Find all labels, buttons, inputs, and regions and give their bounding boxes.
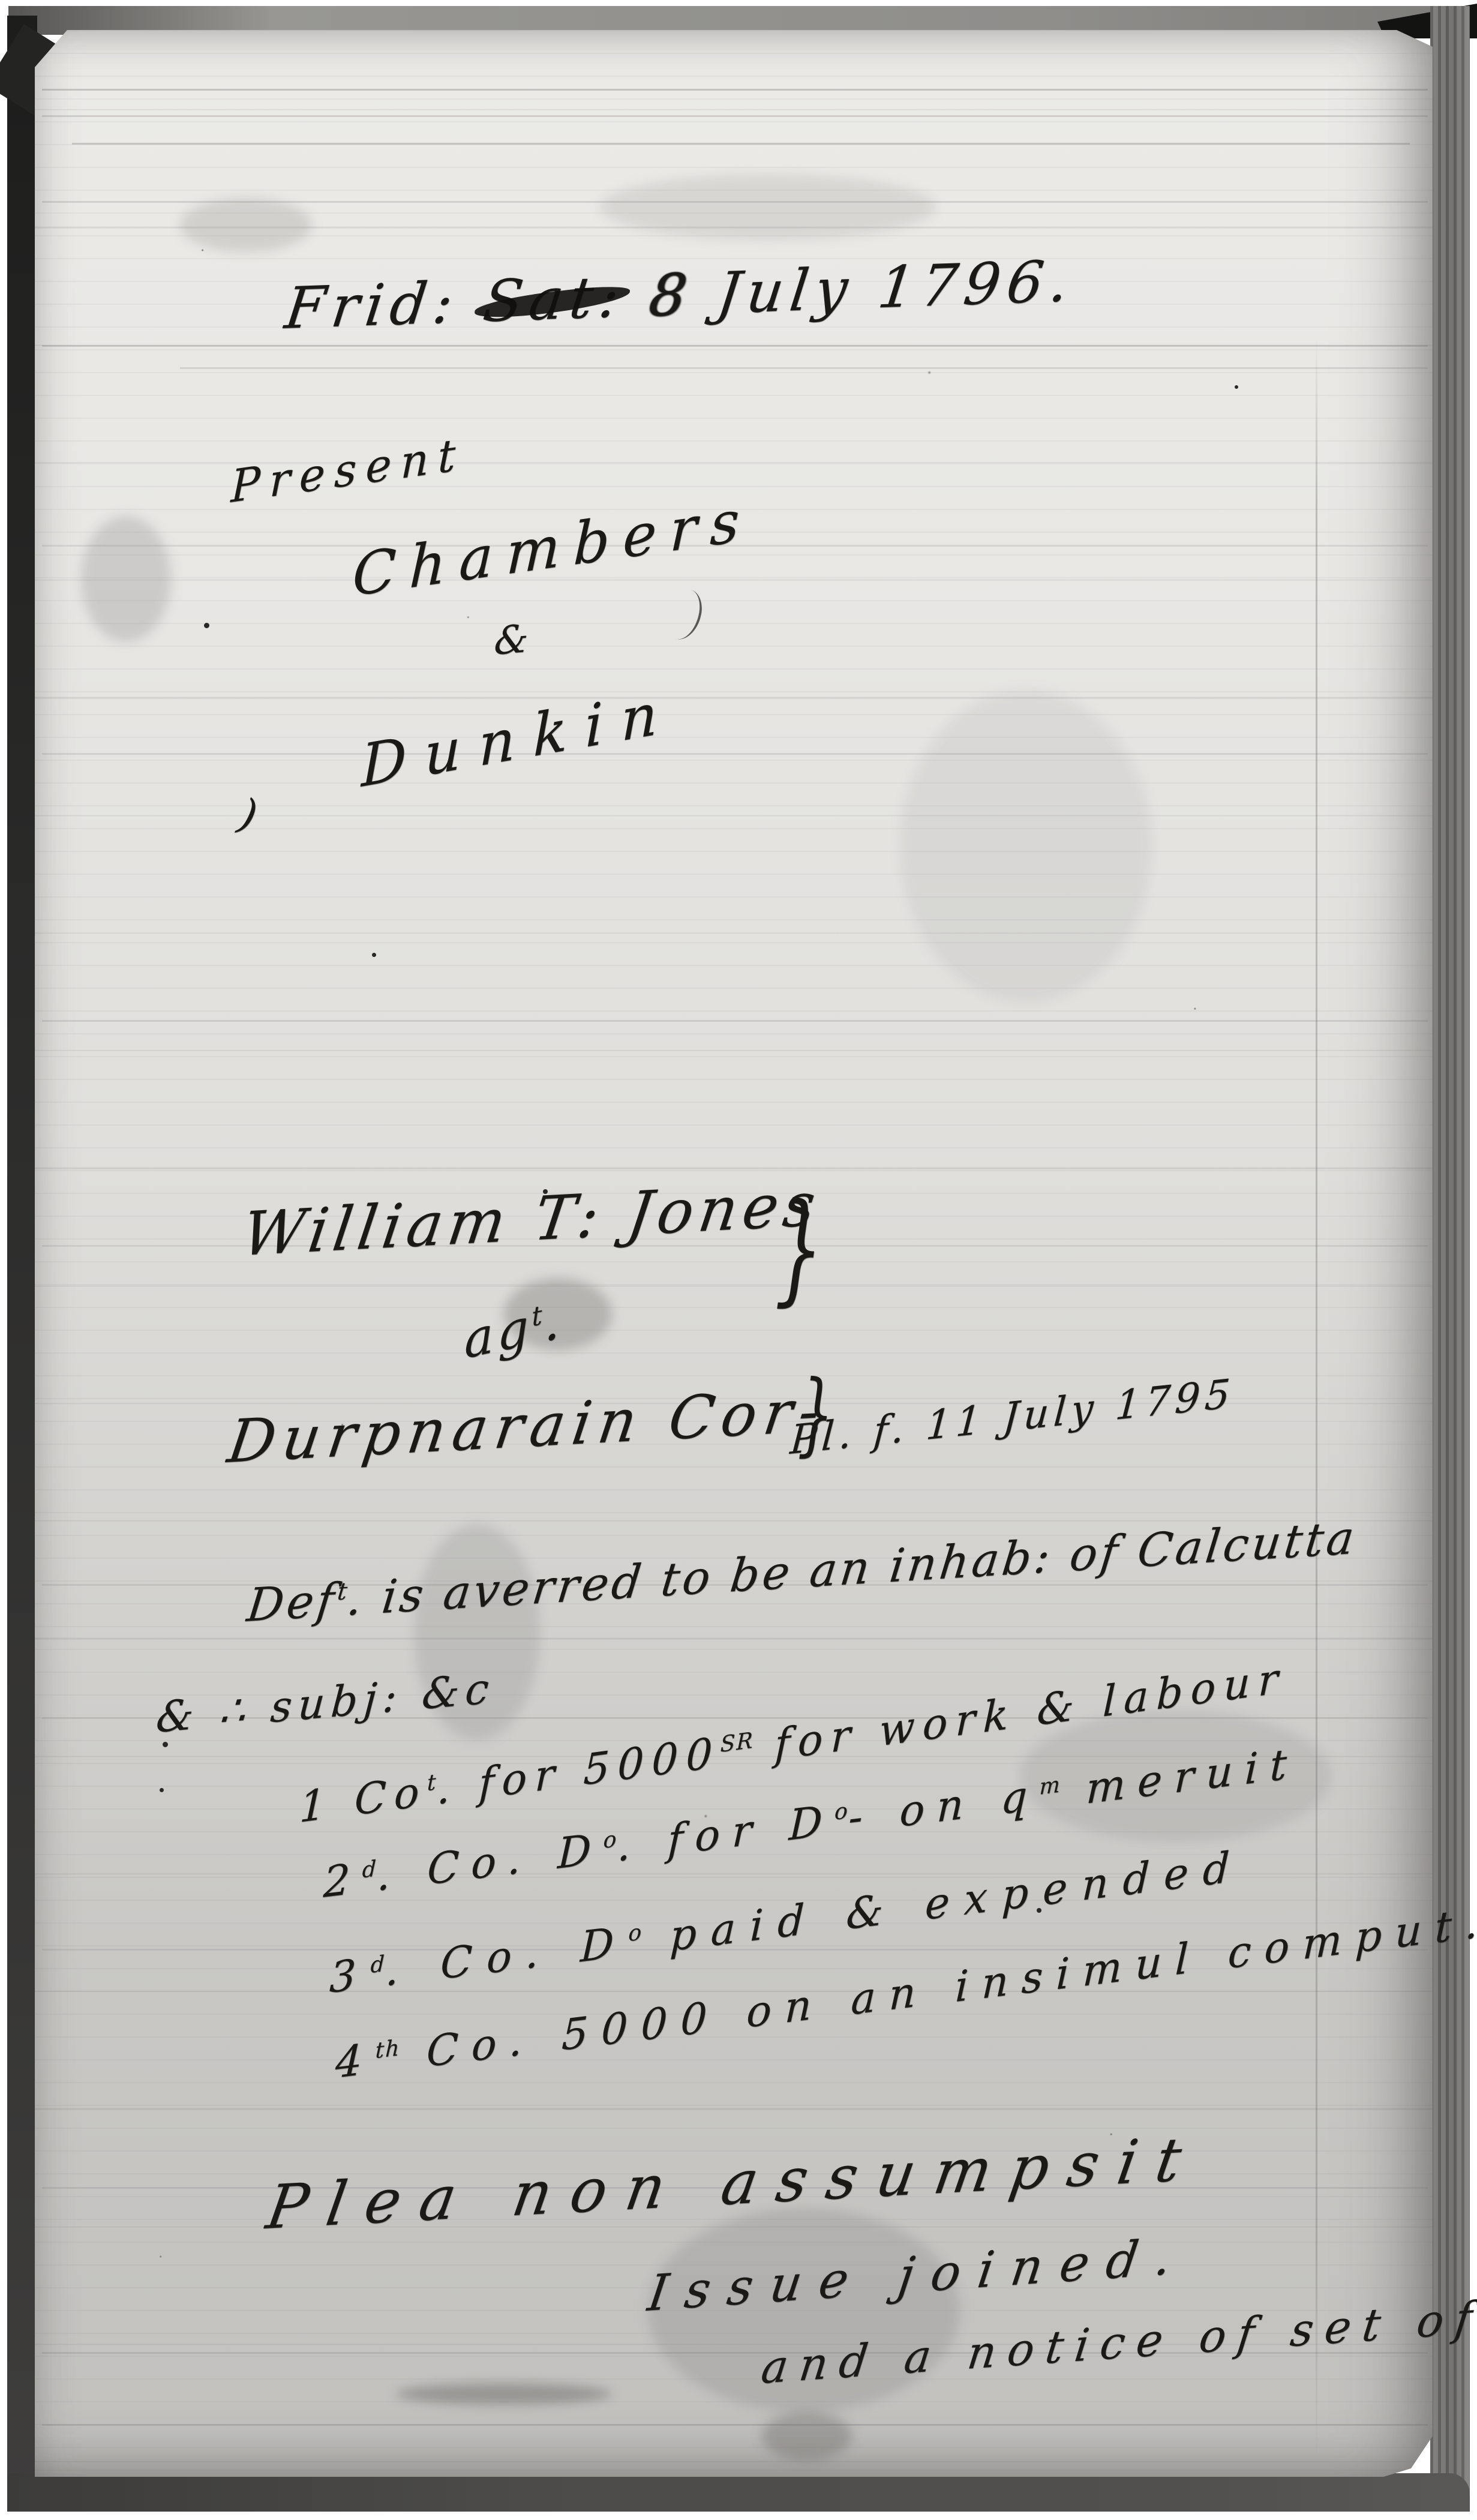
text-segment: o — [628, 1919, 643, 1946]
text-segment: o — [603, 1826, 618, 1853]
text-segment: Sat: — [480, 264, 629, 335]
text-segment: 2 — [323, 1853, 363, 1907]
scan-line — [72, 143, 1410, 145]
fore-edge-leaves-texture — [1430, 6, 1470, 2510]
scan-line — [42, 2424, 1428, 2426]
stain — [600, 174, 936, 240]
text-segment: t — [531, 1300, 544, 1333]
scan-line — [42, 345, 1428, 347]
text-segment: Def — [244, 1573, 340, 1632]
case-brace-large: } — [774, 1195, 824, 1301]
scan-line — [42, 89, 1428, 91]
text-segment: 3 — [329, 1948, 371, 2003]
ampersand: & — [493, 619, 529, 661]
scan-line — [180, 367, 1428, 369]
text-segment: July 1796. — [689, 248, 1079, 328]
text-segment: m — [1039, 1771, 1062, 1800]
stain — [762, 2412, 852, 2460]
ink-spot — [160, 1788, 164, 1792]
page-bottom-edge — [7, 2473, 1470, 2512]
ink-spot — [372, 953, 376, 957]
text-segment: Frid: — [281, 269, 488, 342]
book-spine-edge — [7, 16, 37, 2507]
stain — [900, 690, 1152, 1002]
text-segment: th — [375, 2035, 401, 2064]
text-segment: t — [427, 1769, 437, 1796]
ink-spot — [163, 1742, 168, 1747]
ink-spot — [1235, 385, 1238, 389]
manuscript-page-scan: Frid: Sat: 8 July 1796. Present Chambers… — [0, 0, 1477, 2520]
scan-line — [42, 753, 1428, 755]
stain — [81, 516, 171, 642]
text-segment: . — [542, 1290, 563, 1354]
text-segment: SR — [720, 1727, 754, 1757]
ink-spot — [204, 623, 209, 628]
scan-line — [42, 115, 1428, 117]
text-segment: o — [834, 1797, 849, 1825]
stain — [180, 198, 312, 252]
stain — [396, 2383, 612, 2405]
text-segment: d — [370, 1950, 386, 1978]
page-fold-line — [1316, 336, 1317, 2460]
text-segment: d — [362, 1855, 378, 1883]
page-fore-edge — [1430, 6, 1470, 2510]
scan-line — [42, 1020, 1428, 1022]
text-segment: 4 — [335, 2033, 376, 2088]
